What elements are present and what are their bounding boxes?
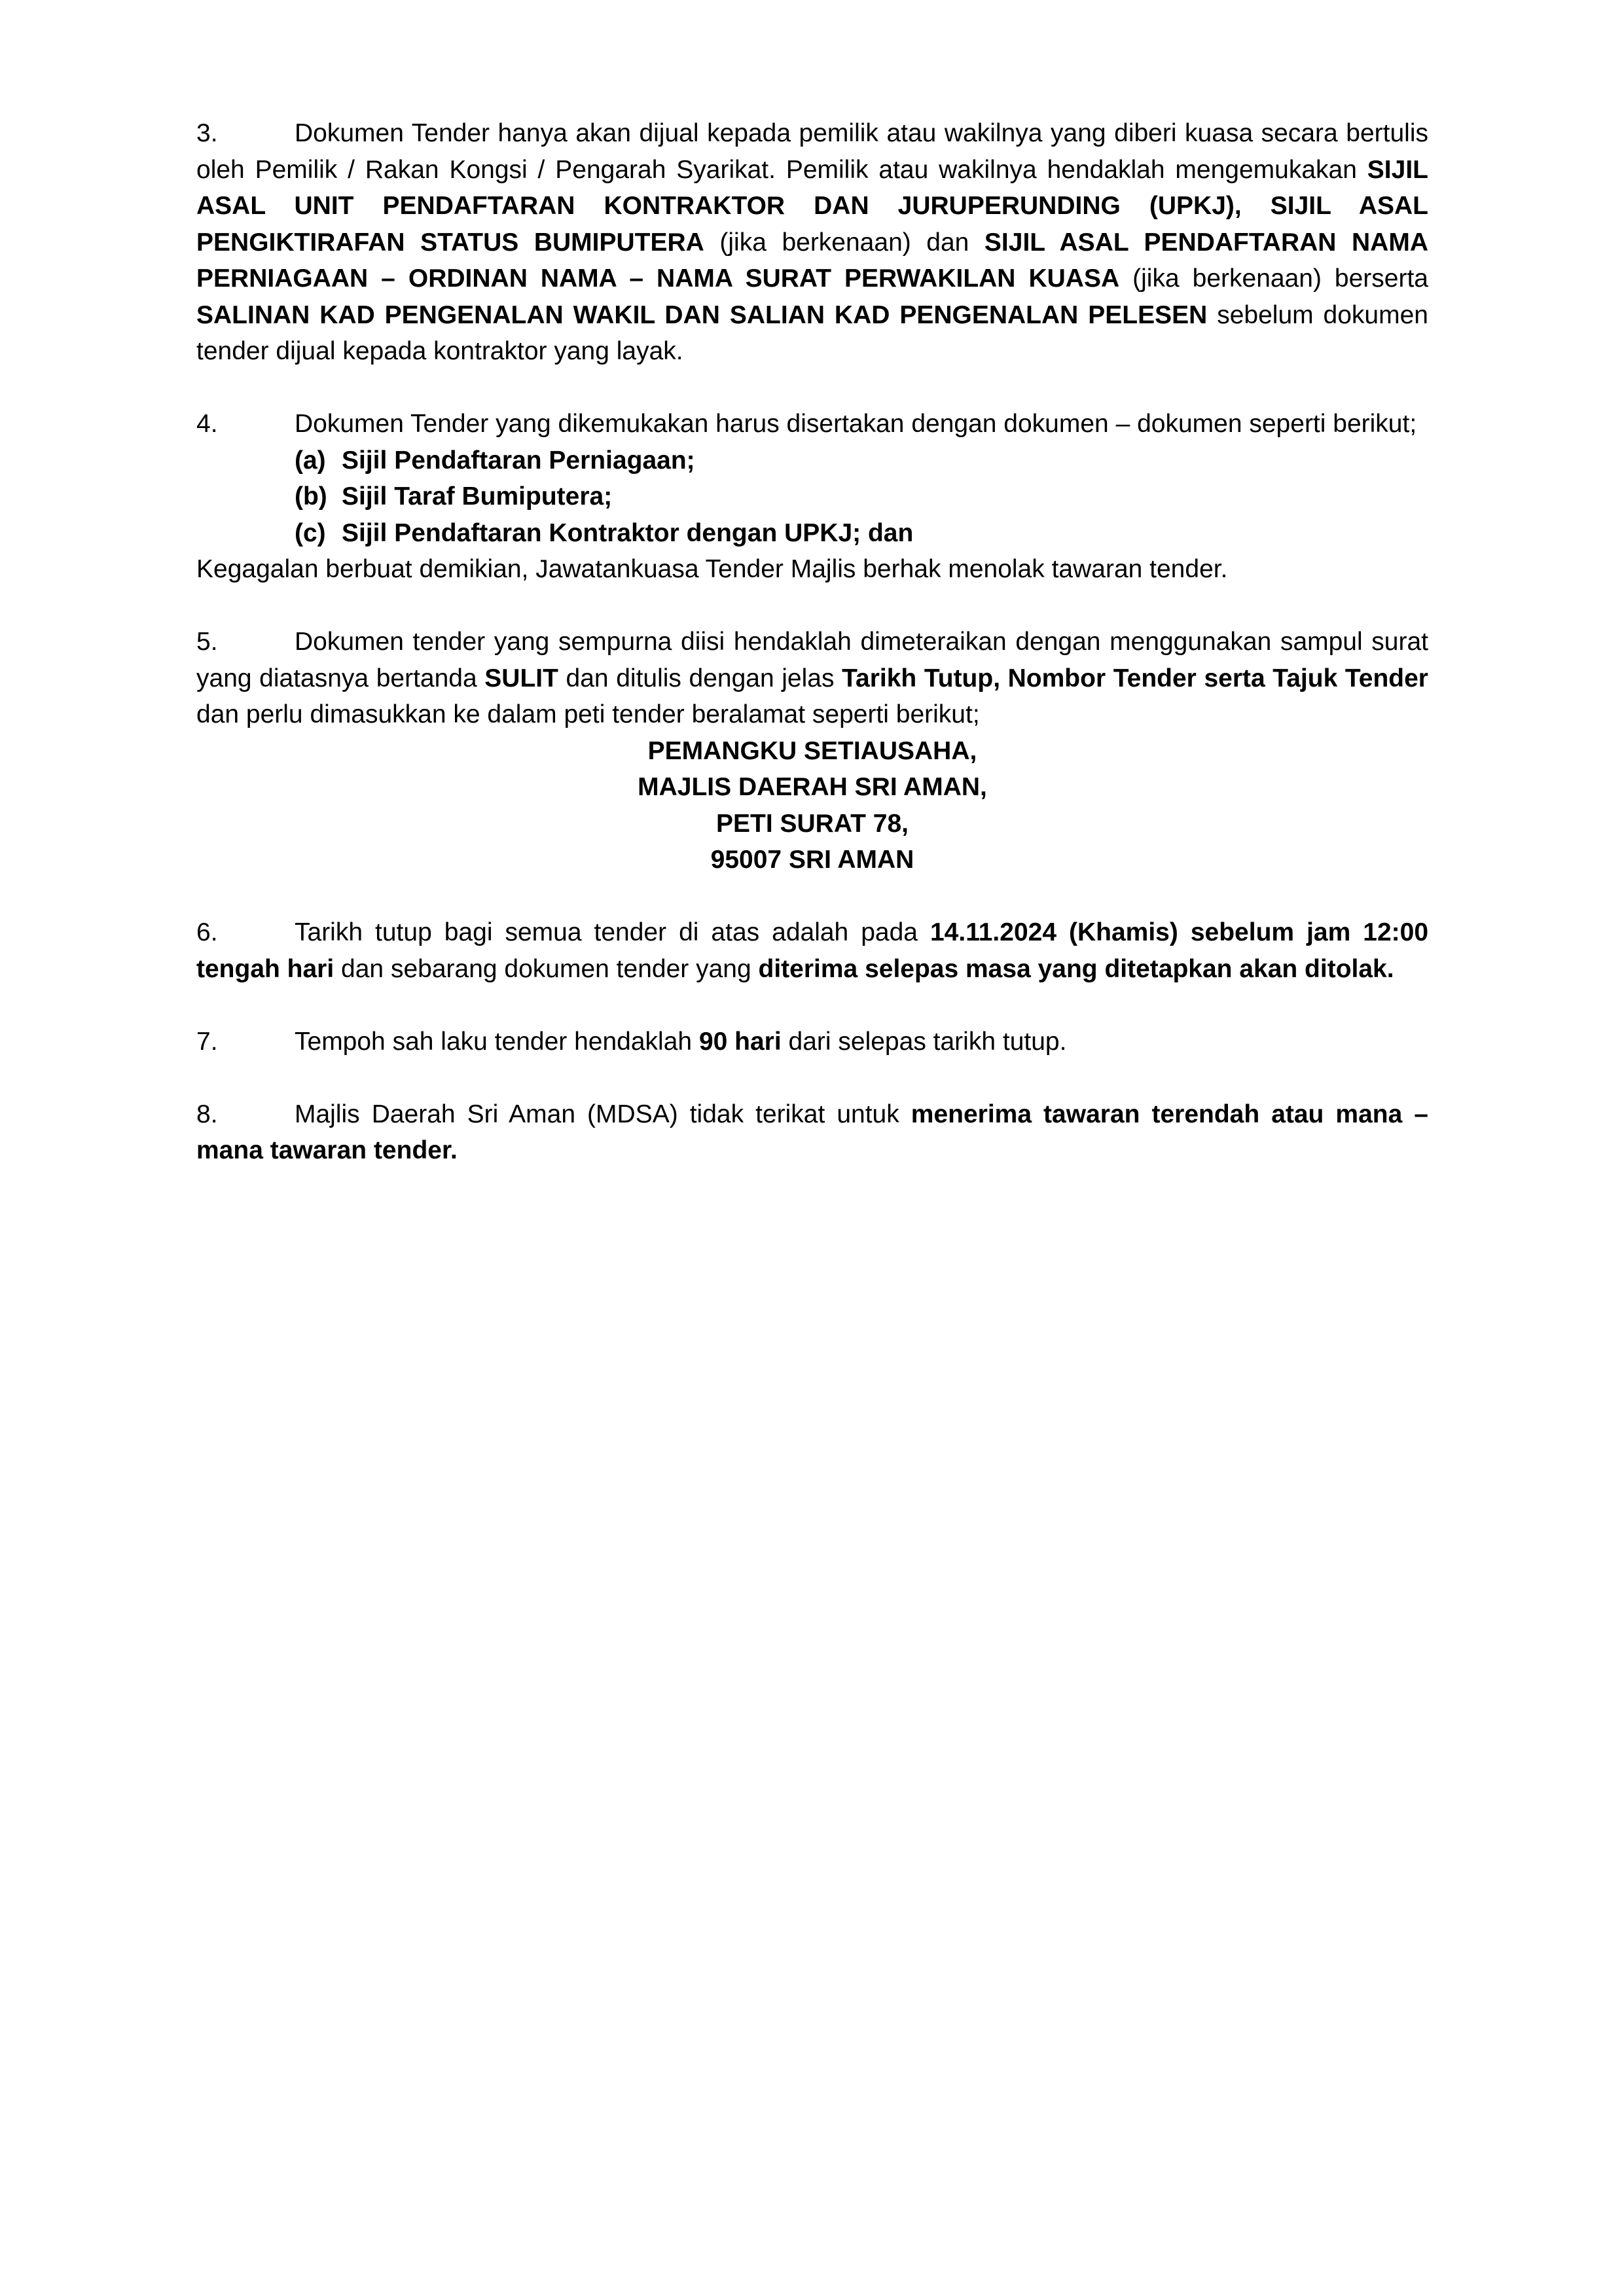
text-run: (jika berkenaan) dan <box>704 228 984 257</box>
text-run: Tarikh tutup bagi semua tender di atas a… <box>295 918 930 946</box>
paragraph-4-closing: Kegagalan berbuat demikian, Jawatankuasa… <box>196 551 1428 588</box>
address-line: PEMANGKU SETIAUSAHA, <box>196 733 1428 770</box>
address-line: MAJLIS DAERAH SRI AMAN, <box>196 769 1428 806</box>
paragraph-4-intro: 4.Dokumen Tender yang dikemukakan harus … <box>196 406 1428 442</box>
list-item: (b)Sijil Taraf Bumiputera; <box>196 478 1428 515</box>
list-item: (a)Sijil Pendaftaran Perniagaan; <box>196 442 1428 479</box>
bold-text-run: diterima selepas masa yang ditetapkan ak… <box>759 955 1394 983</box>
document-page: 3.Dokumen Tender hanya akan dijual kepad… <box>196 115 1428 1205</box>
list-item-label: (b) <box>295 478 342 515</box>
text-run: dan sebarang dokumen tender yang <box>334 955 758 983</box>
paragraph-body: Dokumen Tender hanya akan dijual kepada … <box>196 119 1428 365</box>
list-item-label: (a) <box>295 442 342 479</box>
paragraph-body: Dokumen tender yang sempurna diisi henda… <box>196 628 1428 728</box>
bold-text-run: SULIT <box>484 664 558 692</box>
required-documents-list: (a)Sijil Pendaftaran Perniagaan; (b)Siji… <box>196 442 1428 552</box>
paragraph-number: 6. <box>196 914 295 951</box>
text-run: dari selepas tarikh tutup. <box>782 1028 1067 1056</box>
text-run: Majlis Daerah Sri Aman (MDSA) tidak teri… <box>295 1100 911 1128</box>
list-item-text: Sijil Pendaftaran Perniagaan; <box>342 446 695 475</box>
paragraph-number: 7. <box>196 1024 295 1060</box>
tender-box-address: PEMANGKU SETIAUSAHA, MAJLIS DAERAH SRI A… <box>196 733 1428 878</box>
list-item: (c)Sijil Pendaftaran Kontraktor dengan U… <box>196 515 1428 552</box>
paragraph-5: 5.Dokumen tender yang sempurna diisi hen… <box>196 624 1428 733</box>
paragraph-body: Tempoh sah laku tender hendaklah 90 hari… <box>295 1028 1066 1056</box>
list-item-text: Sijil Taraf Bumiputera; <box>342 482 612 511</box>
paragraph-number: 8. <box>196 1096 295 1133</box>
text-run: Tempoh sah laku tender hendaklah <box>295 1028 699 1056</box>
address-line: PETI SURAT 78, <box>196 806 1428 842</box>
paragraph-7: 7.Tempoh sah laku tender hendaklah 90 ha… <box>196 1024 1428 1060</box>
list-item-text: Sijil Pendaftaran Kontraktor dengan UPKJ… <box>342 519 913 547</box>
address-line: 95007 SRI AMAN <box>196 842 1428 878</box>
paragraph-4: 4.Dokumen Tender yang dikemukakan harus … <box>196 406 1428 588</box>
paragraph-number: 4. <box>196 406 295 442</box>
paragraph-number: 5. <box>196 624 295 660</box>
text-run: Dokumen Tender hanya akan dijual kepada … <box>196 119 1428 184</box>
paragraph-6: 6.Tarikh tutup bagi semua tender di atas… <box>196 914 1428 987</box>
bold-text-run: SALINAN KAD PENGENALAN WAKIL DAN SALIAN … <box>196 301 1207 329</box>
text-run: (jika berkenaan) berserta <box>1119 264 1428 293</box>
paragraph-8: 8.Majlis Daerah Sri Aman (MDSA) tidak te… <box>196 1096 1428 1169</box>
paragraph-body: Dokumen Tender yang dikemukakan harus di… <box>295 410 1416 438</box>
paragraph-body: Majlis Daerah Sri Aman (MDSA) tidak teri… <box>196 1100 1428 1165</box>
list-item-label: (c) <box>295 515 342 552</box>
paragraph-3: 3.Dokumen Tender hanya akan dijual kepad… <box>196 115 1428 370</box>
text-run: dan ditulis dengan jelas <box>558 664 842 692</box>
paragraph-body: Tarikh tutup bagi semua tender di atas a… <box>196 918 1428 983</box>
bold-text-run: 90 hari <box>699 1028 782 1056</box>
bold-text-run: Tarikh Tutup, Nombor Tender serta Tajuk … <box>842 664 1428 692</box>
paragraph-number: 3. <box>196 115 295 152</box>
text-run: dan perlu dimasukkan ke dalam peti tende… <box>196 700 980 728</box>
